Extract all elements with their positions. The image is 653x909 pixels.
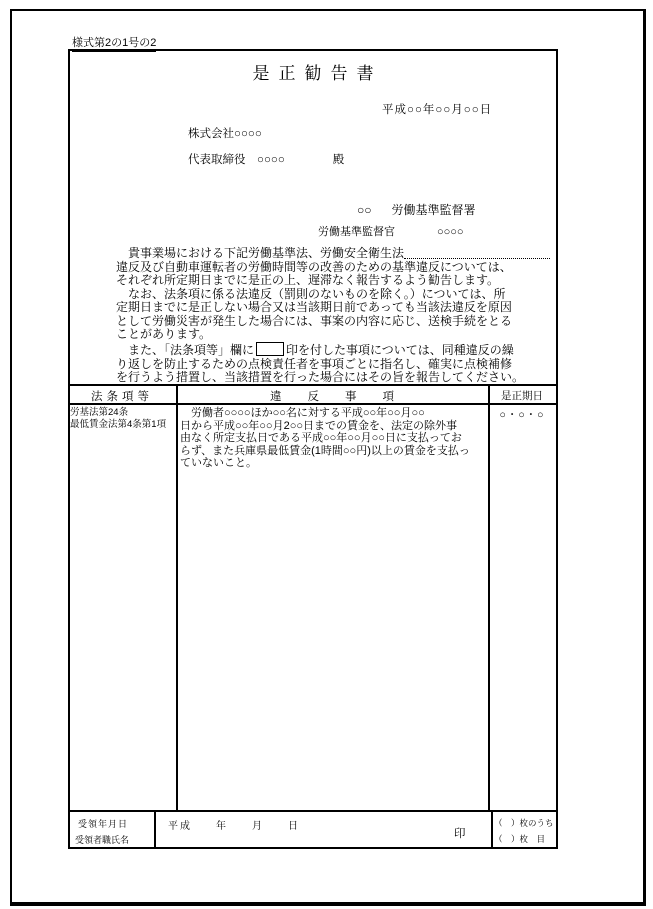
recipient-company: 株式会社○○○○ xyxy=(188,125,262,141)
body-line-5: 定期日までに是正しない場合又は当該期日前であっても当該法違反を原因 xyxy=(116,301,550,315)
issuer-office-name: 労働基準監督署 xyxy=(392,203,476,217)
receipt-footer-row: 受領年月日 受領者職氏名 平成 年 月 日 印 （ ）枚のうち （ ）枚 目 xyxy=(68,810,558,849)
form-box: 是正勧告書 平成○○年○○月○○日 株式会社○○○○ 代表取締役 ○○○○殿 ○… xyxy=(68,49,558,849)
document-page: 様式第2の1号の2 是正勧告書 平成○○年○○月○○日 株式会社○○○○ 代表取… xyxy=(0,0,653,909)
body-line-7: ことがあります。 xyxy=(116,328,550,342)
body-line-1: 貴事業場における下記労働基準法、労働安全衛生法 xyxy=(116,247,550,261)
table-header-row: 法条項等 違反事項 是正期日 xyxy=(68,386,558,405)
body-line-10: を行うよう措置し、当該措置を行った場合にはその旨を報告してください。 xyxy=(116,371,550,385)
header-violation-matters: 違反事項 xyxy=(176,388,488,404)
footer-receipt-entry: 平成 年 月 日 印 xyxy=(154,812,491,849)
receipt-name-label: 受領者職氏名 xyxy=(75,833,129,846)
cell-correction-deadline: ○・○・○ xyxy=(488,407,556,422)
violation-line-5: ていないこと。 xyxy=(180,457,486,470)
body-line-6: として労働災害が発生した場合には、事案の内容に応じ、送検手続をとる xyxy=(116,315,550,329)
body-paragraphs: 貴事業場における下記労働基準法、労働安全衛生法 違反及び自動車運転者の労働時間等… xyxy=(116,247,550,385)
cell-law-articles: 労基法第24条 最低賃金法第4条第1項 xyxy=(70,407,166,430)
cell-violation-description: 労働者○○○○ほか○○名に対する平成○○年○○月○○ 日から平成○○年○○月2○… xyxy=(180,407,486,470)
violation-line-3: 由なく所定支払日である平成○○年○○月○○日に支払ってお xyxy=(180,432,486,445)
dotted-fill-line xyxy=(404,258,550,259)
header-correction-deadline: 是正期日 xyxy=(488,388,556,403)
document-title: 是正勧告書 xyxy=(70,59,556,84)
violation-line-1: 労働者○○○○ほか○○名に対する平成○○年○○月○○ xyxy=(180,407,486,420)
issue-date: 平成○○年○○月○○日 xyxy=(382,101,492,117)
issuer-office-line: ○○労働基準監督署 xyxy=(357,201,476,218)
sheets-of-label: （ ）枚のうち xyxy=(494,817,554,829)
table-column-divider-2 xyxy=(488,386,490,810)
header-law-articles: 法条項等 xyxy=(68,388,176,404)
violation-line-2: 日から平成○○年○○月2○○日までの賃金を、法定の除外事 xyxy=(180,420,486,433)
body-line-3: それぞれ所定期日までに是正の上、遅滞なく報告するよう勧告します。 xyxy=(116,274,550,288)
law-article-line-2: 最低賃金法第4条第1項 xyxy=(70,419,166,431)
law-article-line-1: 労基法第24条 xyxy=(70,407,166,419)
inspector-title: 労働基準監督官 xyxy=(318,226,395,238)
footer-page-count: （ ）枚のうち （ ）枚 目 xyxy=(491,812,556,849)
recipient-representative: 代表取締役 ○○○○ xyxy=(188,154,285,166)
seal-label: 印 xyxy=(454,825,466,841)
body-line-8: また、「法条項等」欄に印を付した事項については、同種違反の繰 xyxy=(116,342,550,358)
issuer-inspector-line: 労働基準監督官○○○○ xyxy=(318,223,464,239)
body-line-8-pre: また、「法条項等」欄に xyxy=(116,344,254,358)
footer-receipt-labels: 受領年月日 受領者職氏名 xyxy=(68,812,154,849)
mark-box-placeholder xyxy=(256,342,284,356)
receipt-date-label: 受領年月日 xyxy=(78,817,128,830)
body-line-2: 違反及び自動車運転者の労働時間等の改善のための基準違反については、 xyxy=(116,261,550,275)
violation-line-4: らず、また兵庫県最低賃金(1時間○○円)以上の賃金を支払っ xyxy=(180,445,486,458)
violations-table: 法条項等 違反事項 是正期日 労基法第24条 最低賃金法第4条第1項 労働者○○… xyxy=(68,384,558,812)
inspector-name: ○○○○ xyxy=(437,226,464,238)
recipient-representative-line: 代表取締役 ○○○○殿 xyxy=(188,151,344,167)
honorific-label: 殿 xyxy=(333,154,345,166)
receipt-blank-date: 平成 年 月 日 xyxy=(168,817,300,832)
body-line-9: り返しを防止するための点検責任者を事項ごとに指名し、確実に点検補修 xyxy=(116,358,550,372)
sheet-number-label: （ ）枚 目 xyxy=(494,833,545,845)
body-line-4: なお、法条項に係る法違反（罰則のないものを除く。）については、所 xyxy=(116,288,550,302)
issuer-office-prefix: ○○ xyxy=(357,203,372,217)
body-line-1-text: 貴事業場における下記労働基準法、労働安全衛生法 xyxy=(116,247,404,261)
body-line-8-post: 印を付した事項については、同種違反の繰 xyxy=(286,344,514,358)
table-column-divider-1 xyxy=(176,386,178,810)
